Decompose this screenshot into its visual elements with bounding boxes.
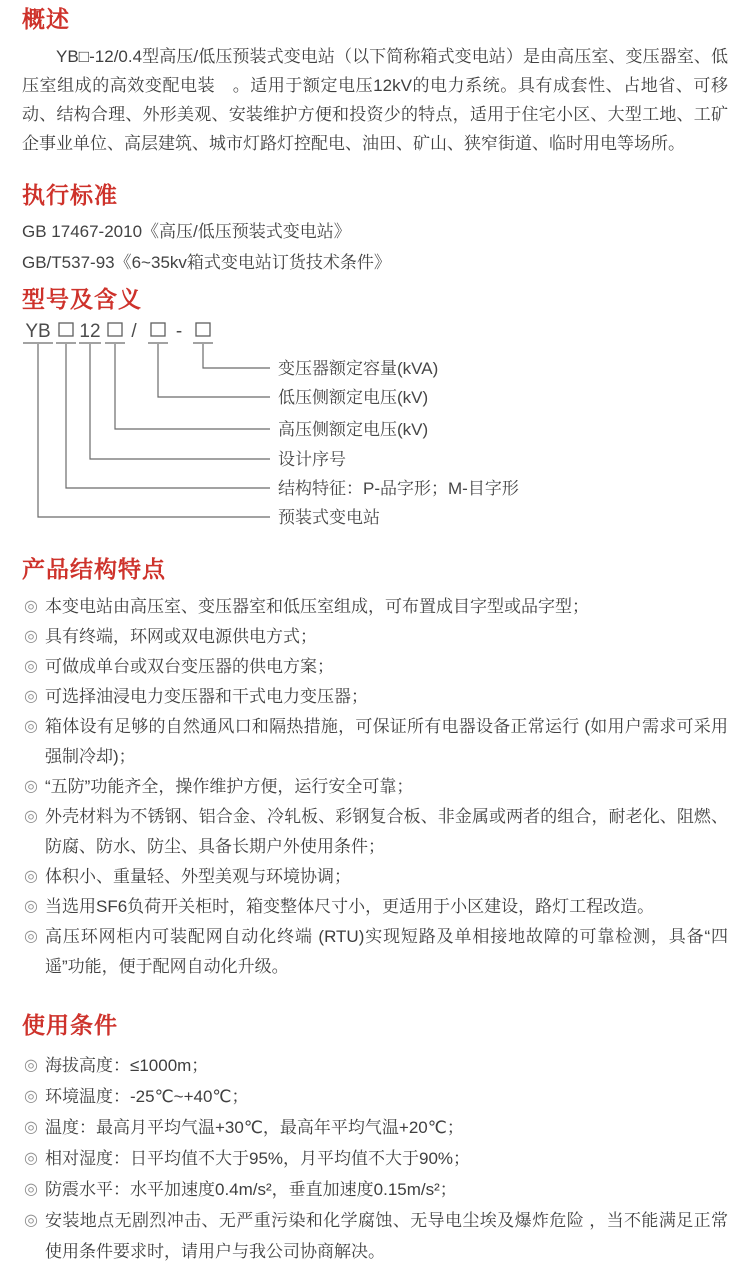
diagram-connector-line bbox=[158, 344, 270, 397]
section-conditions: 使用条件 ◎ 海拔高度：≤1000m； ◎ 环境温度：-25℃~+40℃； ◎ … bbox=[22, 1012, 728, 1264]
feature-item: ◎ 本变电站由高压室、变压器室和低压室组成，可布置成目字型或品字型； bbox=[22, 592, 728, 622]
model-placeholder-box bbox=[196, 323, 210, 336]
condition-item: ◎ 安装地点无剧烈冲击、无严重污染和化学腐蚀、无导电尘埃及爆炸危险 ，当不能满足… bbox=[22, 1205, 728, 1264]
model-title: 型号及含义 bbox=[22, 286, 728, 312]
section-standards: 执行标准 GB 17467-2010《高压/低压预装式变电站》 GB/T537-… bbox=[22, 182, 728, 278]
feature-item: ◎ 可选择油浸电力变压器和干式电力变压器； bbox=[22, 682, 728, 712]
feature-item: ◎ 外壳材料为不锈钢、铝合金、冷轧板、彩钢复合板、非金属或两者的组合，耐老化、阻… bbox=[22, 802, 728, 862]
feature-item-text: 外壳材料为不锈钢、铝合金、冷轧板、彩钢复合板、非金属或两者的组合，耐老化、阻燃、… bbox=[45, 807, 728, 856]
standards-list: GB 17467-2010《高压/低压预装式变电站》 GB/T537-93《6~… bbox=[22, 216, 728, 278]
ring-bullet-icon: ◎ bbox=[24, 1205, 38, 1236]
ring-bullet-icon: ◎ bbox=[24, 1050, 38, 1081]
condition-item: ◎ 海拔高度：≤1000m； bbox=[22, 1050, 728, 1081]
condition-item-text: 相对湿度：日平均值不大于95%，月平均值不大于90%； bbox=[45, 1149, 470, 1168]
feature-item: ◎ 可做成单台或双台变压器的供电方案； bbox=[22, 652, 728, 682]
model-label: 设计序号 bbox=[278, 450, 346, 469]
feature-item-text: “五防”功能齐全，操作维护方便，运行安全可靠； bbox=[45, 777, 413, 796]
datasheet-page: 概述 YB□-12/0.4型高压/低压预装式变电站（以下简称箱式变电站）是由高压… bbox=[0, 0, 750, 1264]
feature-item-text: 体积小、重量轻、外型美观与环境协调； bbox=[45, 867, 351, 886]
model-placeholder-box bbox=[151, 323, 165, 336]
standard-item: GB/T537-93《6~35kv箱式变电站订货技术条件》 bbox=[22, 247, 728, 278]
condition-item: ◎ 环境温度：-25℃~+40℃； bbox=[22, 1081, 728, 1112]
conditions-list: ◎ 海拔高度：≤1000m； ◎ 环境温度：-25℃~+40℃； ◎ 温度：最高… bbox=[22, 1050, 728, 1264]
conditions-title: 使用条件 bbox=[22, 1012, 728, 1038]
ring-bullet-icon: ◎ bbox=[24, 862, 38, 892]
ring-bullet-icon: ◎ bbox=[24, 1174, 38, 1205]
condition-item-text: 温度：最高月平均气温+30℃，最高年平均气温+20℃； bbox=[45, 1118, 464, 1137]
model-label: 低压侧额定电压(kV) bbox=[278, 388, 428, 407]
feature-item-text: 箱体设有足够的自然通风口和隔热措施，可保证所有电器设备正常运行 (如用户需求可采… bbox=[45, 717, 728, 766]
model-token: 12 bbox=[79, 321, 100, 342]
diagram-connector-line bbox=[66, 344, 270, 488]
diagram-connector-line bbox=[90, 344, 270, 459]
feature-item: ◎ 体积小、重量轻、外型美观与环境协调； bbox=[22, 862, 728, 892]
model-label: 预装式变电站 bbox=[278, 508, 380, 527]
section-overview: 概述 YB□-12/0.4型高压/低压预装式变电站（以下简称箱式变电站）是由高压… bbox=[22, 6, 728, 158]
feature-item: ◎ 具有终端，环网或双电源供电方式； bbox=[22, 622, 728, 652]
model-token: - bbox=[176, 321, 182, 342]
model-label: 变压器额定容量(kVA) bbox=[278, 359, 438, 378]
diagram-connector-line bbox=[38, 344, 270, 517]
ring-bullet-icon: ◎ bbox=[24, 922, 38, 952]
model-placeholder-box bbox=[59, 323, 73, 336]
feature-item: ◎ “五防”功能齐全，操作维护方便，运行安全可靠； bbox=[22, 772, 728, 802]
section-features: 产品结构特点 ◎ 本变电站由高压室、变压器室和低压室组成，可布置成目字型或品字型… bbox=[22, 556, 728, 982]
feature-item-text: 可选择油浸电力变压器和干式电力变压器； bbox=[45, 687, 368, 706]
condition-item-text: 海拔高度：≤1000m； bbox=[45, 1056, 208, 1075]
condition-item: ◎ 防震水平：水平加速度0.4m/s²，垂直加速度0.15m/s²； bbox=[22, 1174, 728, 1205]
model-label: 结构特征：P-品字形；M-目字形 bbox=[278, 479, 519, 498]
model-label: 高压侧额定电压(kV) bbox=[278, 420, 428, 439]
condition-item-text: 环境温度：-25℃~+40℃； bbox=[45, 1087, 249, 1106]
standards-title: 执行标准 bbox=[22, 182, 728, 208]
ring-bullet-icon: ◎ bbox=[24, 772, 38, 802]
condition-item-text: 防震水平：水平加速度0.4m/s²，垂直加速度0.15m/s²； bbox=[45, 1180, 457, 1199]
ring-bullet-icon: ◎ bbox=[24, 1081, 38, 1112]
ring-bullet-icon: ◎ bbox=[24, 802, 38, 832]
section-model: 型号及含义 YB12/-变压器额定容量(kVA)低压侧额定电压(kV)高压侧额定… bbox=[22, 286, 728, 530]
ring-bullet-icon: ◎ bbox=[24, 892, 38, 922]
features-list: ◎ 本变电站由高压室、变压器室和低压室组成，可布置成目字型或品字型； ◎ 具有终… bbox=[22, 592, 728, 982]
standard-item: GB 17467-2010《高压/低压预装式变电站》 bbox=[22, 216, 728, 247]
model-token: / bbox=[131, 321, 137, 342]
feature-item: ◎ 箱体设有足够的自然通风口和隔热措施，可保证所有电器设备正常运行 (如用户需求… bbox=[22, 712, 728, 772]
ring-bullet-icon: ◎ bbox=[24, 622, 38, 652]
feature-item-text: 本变电站由高压室、变压器室和低压室组成，可布置成目字型或品字型； bbox=[45, 597, 589, 616]
feature-item-text: 当选用SF6负荷开关柜时，箱变整体尺寸小，更适用于小区建设，路灯工程改造。 bbox=[45, 897, 654, 916]
model-placeholder-box bbox=[108, 323, 122, 336]
feature-item-text: 可做成单台或双台变压器的供电方案； bbox=[45, 657, 334, 676]
model-token: YB bbox=[25, 321, 50, 342]
ring-bullet-icon: ◎ bbox=[24, 592, 38, 622]
condition-item: ◎ 相对湿度：日平均值不大于95%，月平均值不大于90%； bbox=[22, 1143, 728, 1174]
feature-item: ◎ 当选用SF6负荷开关柜时，箱变整体尺寸小，更适用于小区建设，路灯工程改造。 bbox=[22, 892, 728, 922]
model-diagram: YB12/-变压器额定容量(kVA)低压侧额定电压(kV)高压侧额定电压(kV)… bbox=[22, 316, 728, 530]
features-title: 产品结构特点 bbox=[22, 556, 728, 582]
ring-bullet-icon: ◎ bbox=[24, 1112, 38, 1143]
overview-title: 概述 bbox=[22, 6, 728, 32]
diagram-connector-line bbox=[115, 344, 270, 429]
feature-item-text: 具有终端，环网或双电源供电方式； bbox=[45, 627, 317, 646]
ring-bullet-icon: ◎ bbox=[24, 682, 38, 712]
overview-paragraph: YB□-12/0.4型高压/低压预装式变电站（以下简称箱式变电站）是由高压室、变… bbox=[22, 42, 728, 158]
ring-bullet-icon: ◎ bbox=[24, 712, 38, 742]
ring-bullet-icon: ◎ bbox=[24, 652, 38, 682]
feature-item-text: 高压环网柜内可装配网自动化终端 (RTU)实现短路及单相接地故障的可靠检测，具备… bbox=[45, 927, 728, 976]
model-diagram-svg: YB12/-变压器额定容量(kVA)低压侧额定电压(kV)高压侧额定电压(kV)… bbox=[22, 316, 728, 530]
condition-item-text: 安装地点无剧烈冲击、无严重污染和化学腐蚀、无导电尘埃及爆炸危险 ，当不能满足正常… bbox=[45, 1211, 728, 1261]
diagram-connector-line bbox=[203, 344, 270, 368]
feature-item: ◎ 高压环网柜内可装配网自动化终端 (RTU)实现短路及单相接地故障的可靠检测，… bbox=[22, 922, 728, 982]
ring-bullet-icon: ◎ bbox=[24, 1143, 38, 1174]
condition-item: ◎ 温度：最高月平均气温+30℃，最高年平均气温+20℃； bbox=[22, 1112, 728, 1143]
